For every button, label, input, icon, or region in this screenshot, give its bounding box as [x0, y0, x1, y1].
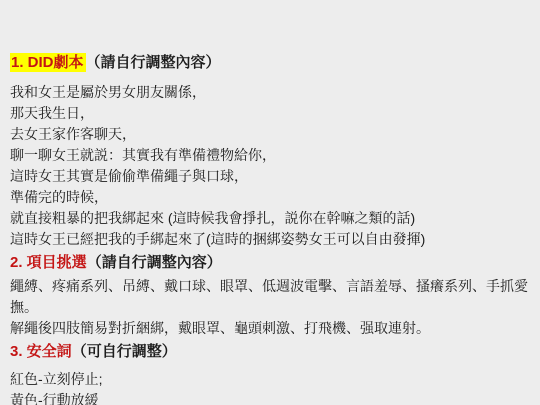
section-1-heading: 1. DID劇本（請自行調整內容） [10, 52, 532, 74]
section-3-heading: 3. 安全詞（可自行調整） [10, 341, 532, 363]
section-1-title-highlighted: 1. DID劇本 [10, 53, 86, 72]
section-did-script: 1. DID劇本（請自行調整內容） 我和女王是屬於男女朋友關係， 那天我生日， … [10, 52, 532, 250]
section-2-heading: 2. 項目挑選（請自行調整內容） [10, 252, 532, 274]
section-2-title: 2. 項目挑選 [10, 254, 87, 271]
section-3-note: （可自行調整） [72, 343, 177, 360]
section-1-body: 我和女王是屬於男女朋友關係， 那天我生日， 去女王家作客聊天， 聊一聊女王就説：… [10, 82, 532, 250]
section-safe-words: 3. 安全詞（可自行調整） 紅色-立刻停止; 黃色-行動放緩 [10, 341, 532, 405]
section-1-note: （請自行調整內容） [86, 54, 221, 71]
document-page: 1. DID劇本（請自行調整內容） 我和女王是屬於男女朋友關係， 那天我生日， … [0, 0, 540, 405]
section-3-body: 紅色-立刻停止; 黃色-行動放緩 [10, 369, 532, 405]
section-3-title: 3. 安全詞 [10, 343, 72, 360]
section-2-note: （請自行調整內容） [87, 254, 222, 271]
section-2-body: 繩縛、疼痛系列、吊縛、戴口球、眼罩、低週波電擊、言語羞辱、搔癢系列、手抓愛撫。 … [10, 276, 532, 339]
section-item-selection: 2. 項目挑選（請自行調整內容） 繩縛、疼痛系列、吊縛、戴口球、眼罩、低週波電擊… [10, 252, 532, 339]
